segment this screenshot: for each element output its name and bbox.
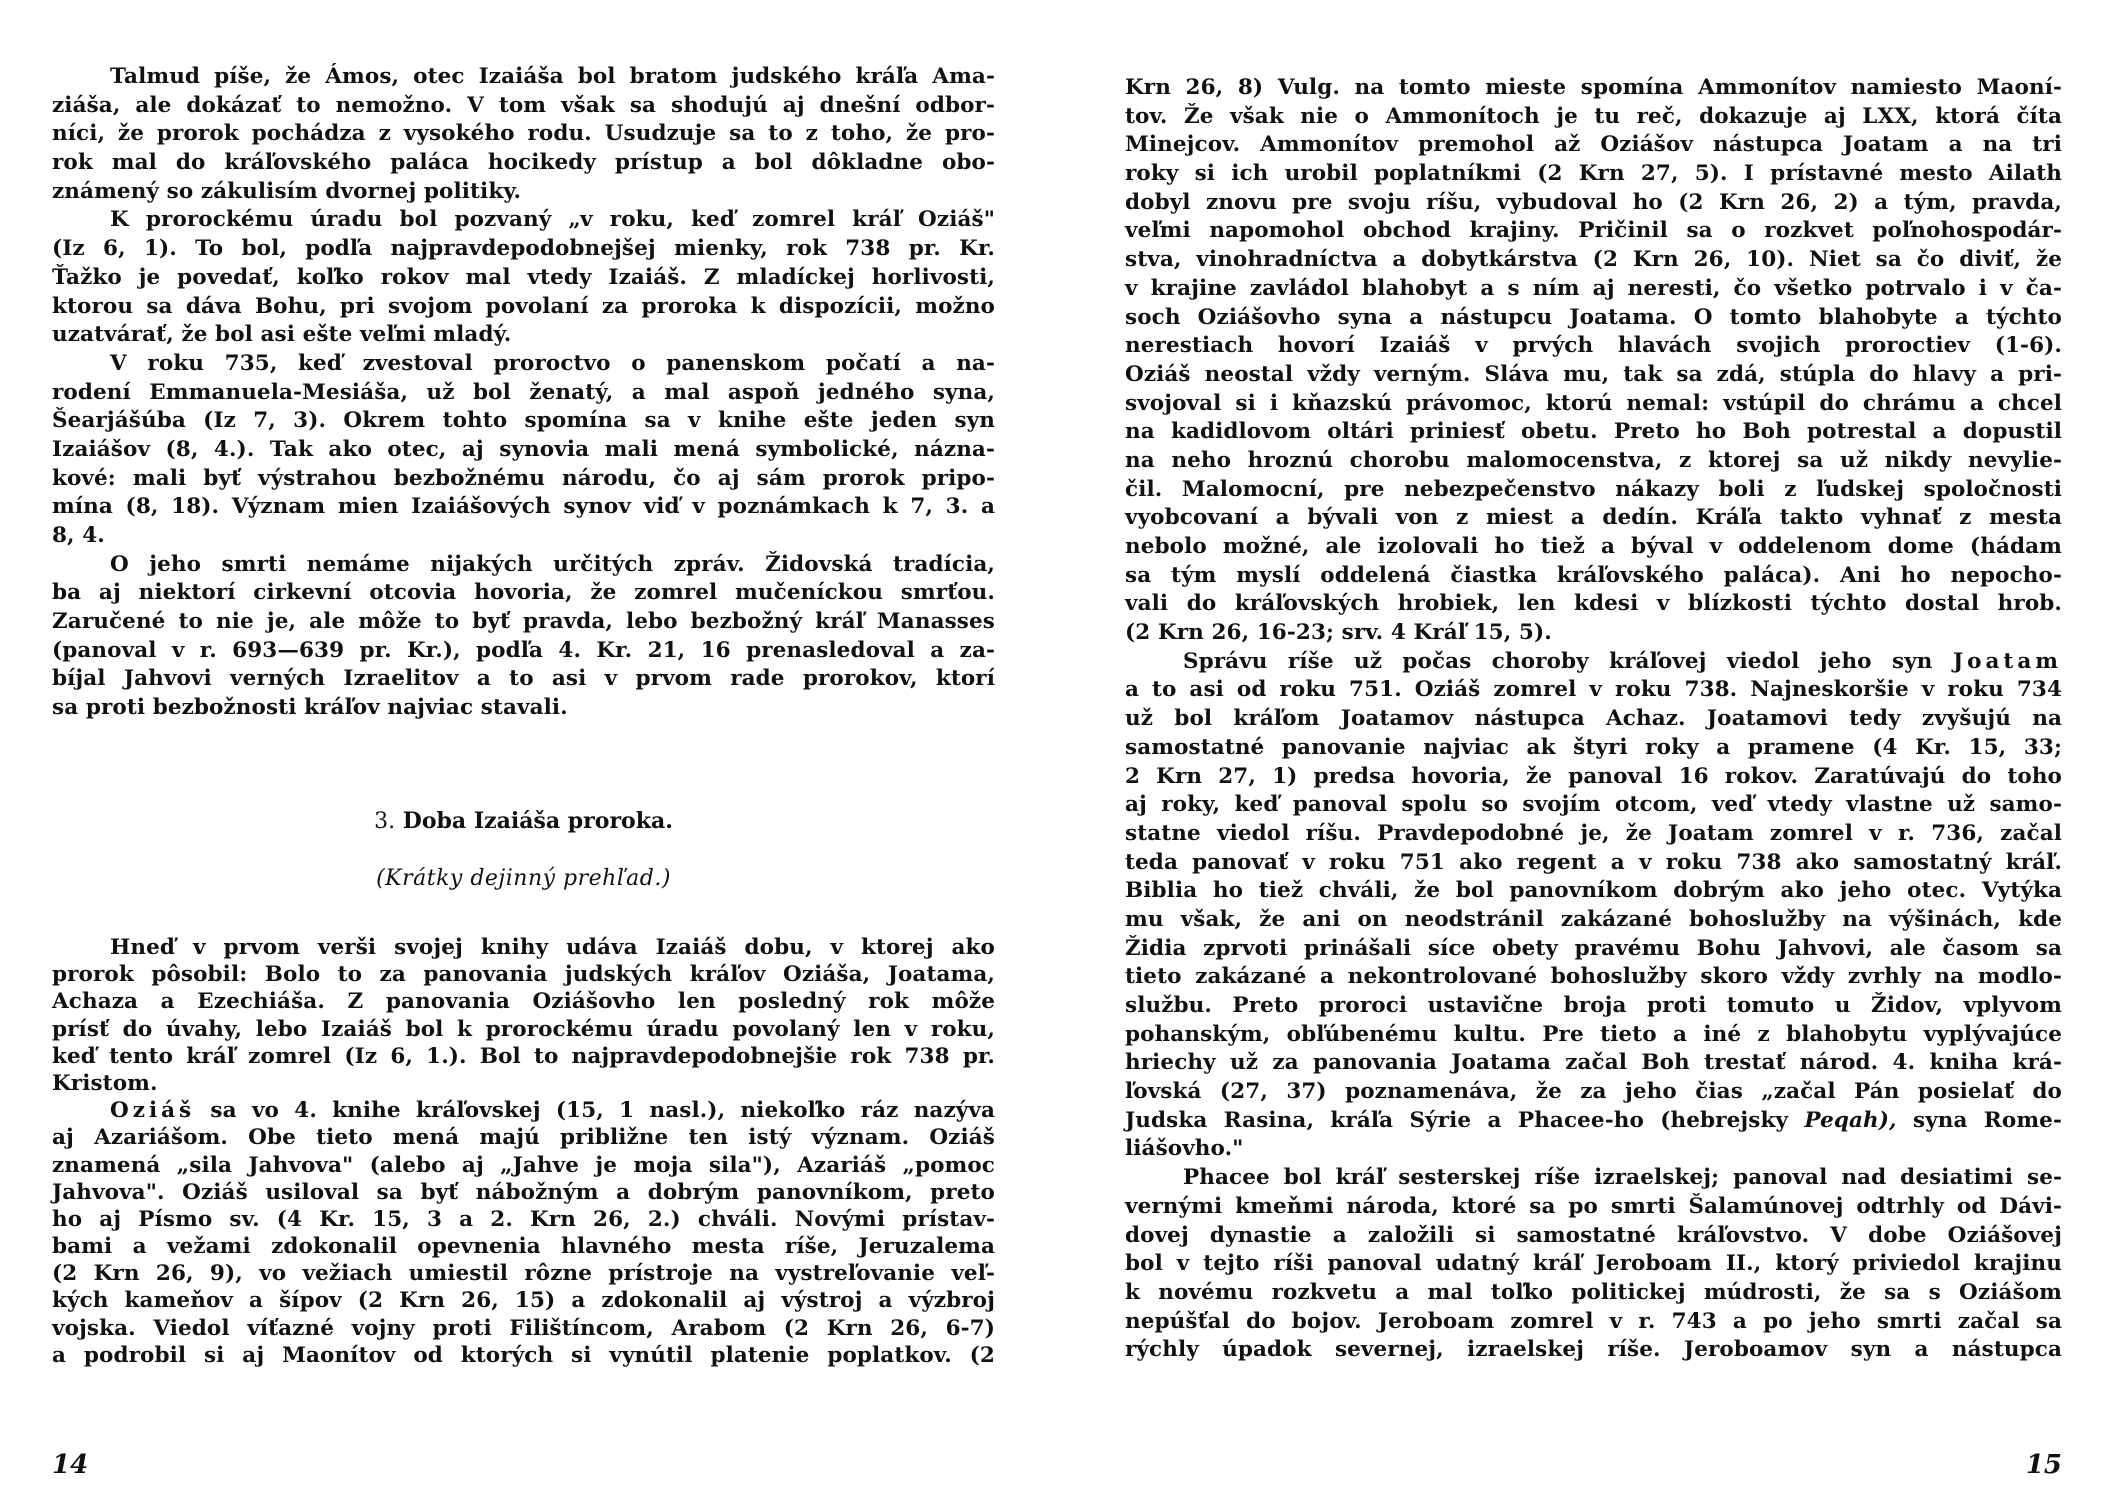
text-line: a to asi od roku 751. Oziáš zomrel v rok…	[1125, 676, 2062, 705]
text-line: ziáša, ale dokázať to nemožno. V tom vša…	[52, 92, 995, 121]
text-line: Hneď v prvom verši svojej knihy udáva Iz…	[52, 934, 995, 961]
text-line: liášovho."	[1125, 1135, 2062, 1164]
text-line: Talmud píše, že Ámos, otec Izaiáša bol b…	[52, 63, 995, 92]
text-line: v krajine zavládol blahobyt a s ním aj n…	[1125, 275, 2062, 304]
text-line: uzatvárať, že bol asi ešte veľmi mladý.	[52, 321, 995, 350]
text-line: vyobcovaní a bývali von z miest a dedín.…	[1125, 504, 2062, 533]
text-line: rýchly úpadok severnej, izraelskej ríše.…	[1125, 1336, 2062, 1365]
text-line: aj Azariášom. Obe tieto mená majú pribli…	[52, 1124, 995, 1151]
text-line: tov. Že však nie o Ammonítoch je tu reč,…	[1125, 103, 2062, 132]
text-line: vojska. Viedol víťazné vojny proti Filiš…	[52, 1315, 995, 1342]
text-line: sa proti bezbožnosti kráľov najviac stav…	[52, 694, 995, 723]
text-line: keď tento kráľ zomrel (Iz 6, 1.). Bol to…	[52, 1043, 995, 1070]
text-line: mu však, že ani on neodstránil zakázané …	[1125, 906, 2062, 935]
right-page-text: Krn 26, 8) Vulg. na tomto mieste spomína…	[1125, 74, 2062, 1365]
text-line: nerestiach hovorí Izaiáš v prvých hlavác…	[1125, 332, 2062, 361]
section-title: Doba Izaiáša proroka.	[403, 808, 673, 834]
text-line: K prorockému úradu bol pozvaný „v roku, …	[52, 206, 995, 235]
text-line: roky si ich urobil poplatníkmi (2 Krn 27…	[1125, 160, 2062, 189]
text-line: kové: mali byť výstrahou bezbožnému náro…	[52, 465, 995, 494]
paragraph: Správu ríše už počas choroby kráľovej vi…	[1125, 648, 2062, 1164]
page-number: 14	[52, 1450, 88, 1480]
text-line: 2 Krn 27, 1) predsa hovoria, že panoval …	[1125, 763, 2062, 792]
text-line: pohanským, obľúbenému kultu. Pre tieto a…	[1125, 1021, 2062, 1050]
paragraph: Talmud píše, že Ámos, otec Izaiáša bol b…	[52, 63, 995, 206]
text-line: ľovská (27, 37) poznamenáva, že za jeho …	[1125, 1078, 2062, 1107]
text-line: stva, vinohradníctva a dobytkárstva (2 K…	[1125, 246, 2062, 275]
text-line: známený so zákulisím dvornej politiky.	[52, 178, 995, 207]
text-fragment: Judska Rasina, kráľa Sýrie a Phacee-ho (…	[1125, 1108, 1804, 1133]
text-line: a podrobil si aj Maonítov od ktorých si …	[52, 1342, 995, 1369]
text-line: nepúšťal do bojov. Jeroboam zomrel v r. …	[1125, 1308, 2062, 1337]
text-line: statne viedol ríšu. Pravdepodobné je, že…	[1125, 820, 2062, 849]
text-line: Phacee bol kráľ sesterskej ríše izraelsk…	[1125, 1164, 2062, 1193]
section-subheading: (Krátky dejinný prehľad.)	[52, 866, 995, 891]
left-page: Talmud píše, že Ámos, otec Izaiáša bol b…	[0, 0, 1062, 1500]
text-line: vali do kráľovských hrobiek, len kdesi v…	[1125, 590, 2062, 619]
text-line: už bol kráľom Joatamov nástupca Achaz. J…	[1125, 705, 2062, 734]
section-heading: 3. Doba Izaiáša proroka.	[52, 808, 995, 834]
text-line: na kadidlovom oltári priniesť obetu. Pre…	[1125, 418, 2062, 447]
left-page-top-text: Talmud píše, že Ámos, otec Izaiáša bol b…	[52, 63, 995, 723]
text-fragment: sa vo 4. knihe kráľovskej (15, 1 nasl.),…	[195, 1098, 995, 1123]
text-line: Izaiášov (8, 4.). Tak ako otec, aj synov…	[52, 436, 995, 465]
text-line: dovej dynastie a založili si samostatné …	[1125, 1222, 2062, 1251]
text-line: ba aj niektorí cirkevní otcovia hovoria,…	[52, 579, 995, 608]
text-line: prorok pôsobil: Bolo to za panovania jud…	[52, 961, 995, 988]
spaced-name: Oziáš	[110, 1098, 195, 1123]
text-line: bol v tejto ríši panoval udatný kráľ Jer…	[1125, 1250, 2062, 1279]
text-line: teda panovať v roku 751 ako regent a v r…	[1125, 849, 2062, 878]
paragraph: K prorockému úradu bol pozvaný „v roku, …	[52, 206, 995, 349]
text-line: vernými kmeňmi národa, ktoré sa po smrti…	[1125, 1193, 2062, 1222]
text-line: O jeho smrti nemáme nijakých určitých zp…	[52, 551, 995, 580]
text-line: Biblia ho tiež chváli, že bol panovníkom…	[1125, 877, 2062, 906]
text-line: k novému rozkvetu a mal toľko politickej…	[1125, 1279, 2062, 1308]
text-line: kých kameňov a šípov (2 Krn 26, 15) a zd…	[52, 1287, 995, 1314]
text-line: prísť do úvahy, lebo Izaiáš bol k proroc…	[52, 1016, 995, 1043]
section-number: 3.	[374, 809, 395, 834]
paragraph: Oziáš sa vo 4. knihe kráľovskej (15, 1 n…	[52, 1097, 995, 1369]
text-line: Oziáš neostal vždy verným. Sláva mu, tak…	[1125, 361, 2062, 390]
right-page: Krn 26, 8) Vulg. na tomto mieste spomína…	[1062, 0, 2124, 1500]
text-line: 8, 4.	[52, 522, 995, 551]
text-line: nebolo možné, ale izolovali ho tiež a bý…	[1125, 533, 2062, 562]
spaced-name: Joatam	[1953, 649, 2062, 674]
text-line: Židia zprvoti prinášali síce obety pravé…	[1125, 935, 2062, 964]
text-line: Minejcov. Ammonítov premohol až Oziášov …	[1125, 131, 2062, 160]
paragraph: Krn 26, 8) Vulg. na tomto mieste spomína…	[1125, 74, 2062, 648]
text-line: Achaza a Ezechiáša. Z panovania Oziášovh…	[52, 988, 995, 1015]
text-line: svojoval si i kňazskú právomoc, ktorú ne…	[1125, 390, 2062, 419]
text-line: (2 Krn 26, 9), vo vežiach umiestil rôzne…	[52, 1260, 995, 1287]
text-line: Zaručené to nie je, ale môže to byť prav…	[52, 608, 995, 637]
text-line: mína (8, 18). Význam mien Izaiášových sy…	[52, 493, 995, 522]
text-line: rok mal do kráľovského paláca hocikedy p…	[52, 149, 995, 178]
text-line: V roku 735, keď zvestoval proroctvo o pa…	[52, 350, 995, 379]
paragraph: O jeho smrti nemáme nijakých určitých zp…	[52, 551, 995, 723]
text-line: rodení Emmanuela-Mesiáša, už bol ženatý,…	[52, 379, 995, 408]
text-line: (2 Krn 26, 16-23; srv. 4 Kráľ 15, 5).	[1125, 619, 2062, 648]
text-line: dobyl znovu pre svoju ríšu, vybudoval ho…	[1125, 189, 2062, 218]
text-line: Ťažko je povedať, koľko rokov mal vtedy …	[52, 264, 995, 293]
paragraph: Phacee bol kráľ sesterskej ríše izraelsk…	[1125, 1164, 2062, 1365]
text-line: bami a vežami zdokonalil opevnenia hlavn…	[52, 1233, 995, 1260]
text-line: službu. Preto proroci ustavične broja pr…	[1125, 992, 2062, 1021]
text-fragment: syna Rome-	[1897, 1108, 2062, 1133]
text-line: (panoval v r. 693—639 pr. Kr.), podľa 4.…	[52, 637, 995, 666]
text-line: Kristom.	[52, 1070, 995, 1097]
text-line: ktorou sa dáva Bohu, pri svojom povolaní…	[52, 293, 995, 322]
text-line: znamená „sila Jahvova" (alebo aj „Jahve …	[52, 1152, 995, 1179]
text-line: veľmi napomohol obchod krajiny. Pričinil…	[1125, 217, 2062, 246]
paragraph: V roku 735, keď zvestoval proroctvo o pa…	[52, 350, 995, 551]
text-line: ho aj Písmo sv. (4 Kr. 15, 3 a 2. Krn 26…	[52, 1206, 995, 1233]
text-line: sa tým myslí oddelená čiastka kráľovskéh…	[1125, 562, 2062, 591]
text-line: samostatné panovanie najviac ak štyri ro…	[1125, 734, 2062, 763]
text-fragment: Správu ríše už počas choroby kráľovej vi…	[1183, 649, 1953, 674]
text-line: Oziáš sa vo 4. knihe kráľovskej (15, 1 n…	[52, 1097, 995, 1124]
text-line: Šearjášúba (Iz 7, 3). Okrem tohto spomín…	[52, 407, 995, 436]
text-line: Krn 26, 8) Vulg. na tomto mieste spomína…	[1125, 74, 2062, 103]
italic-term: Peqah),	[1804, 1108, 1896, 1133]
text-line: (Iz 6, 1). To bol, podľa najpravdepodobn…	[52, 235, 995, 264]
page-number: 15	[2026, 1450, 2062, 1480]
text-line: Jahvova". Oziáš usiloval sa byť nábožným…	[52, 1179, 995, 1206]
text-line: tieto zakázané a nekontrolované bohosluž…	[1125, 963, 2062, 992]
text-line: na neho hroznú chorobu malomocenstva, z …	[1125, 447, 2062, 476]
text-line: Judska Rasina, kráľa Sýrie a Phacee-ho (…	[1125, 1107, 2062, 1136]
text-line: níci, že prorok pochádza z vysokého rodu…	[52, 120, 995, 149]
text-line: hriechy už za panovania Joatama začal Bo…	[1125, 1049, 2062, 1078]
left-page-bottom-text: Hneď v prvom verši svojej knihy udáva Iz…	[52, 934, 995, 1369]
text-line: soch Oziášovho syna a nástupcu Joatama. …	[1125, 304, 2062, 333]
text-line: Správu ríše už počas choroby kráľovej vi…	[1125, 648, 2062, 677]
text-line: čil. Malomocní, pre nebezpečenstvo nákaz…	[1125, 476, 2062, 505]
paragraph: Hneď v prvom verši svojej knihy udáva Iz…	[52, 934, 995, 1097]
text-line: bíjal Jahvovi verných Izraelitov a to as…	[52, 665, 995, 694]
text-line: aj roky, keď panoval spolu so svojím otc…	[1125, 791, 2062, 820]
